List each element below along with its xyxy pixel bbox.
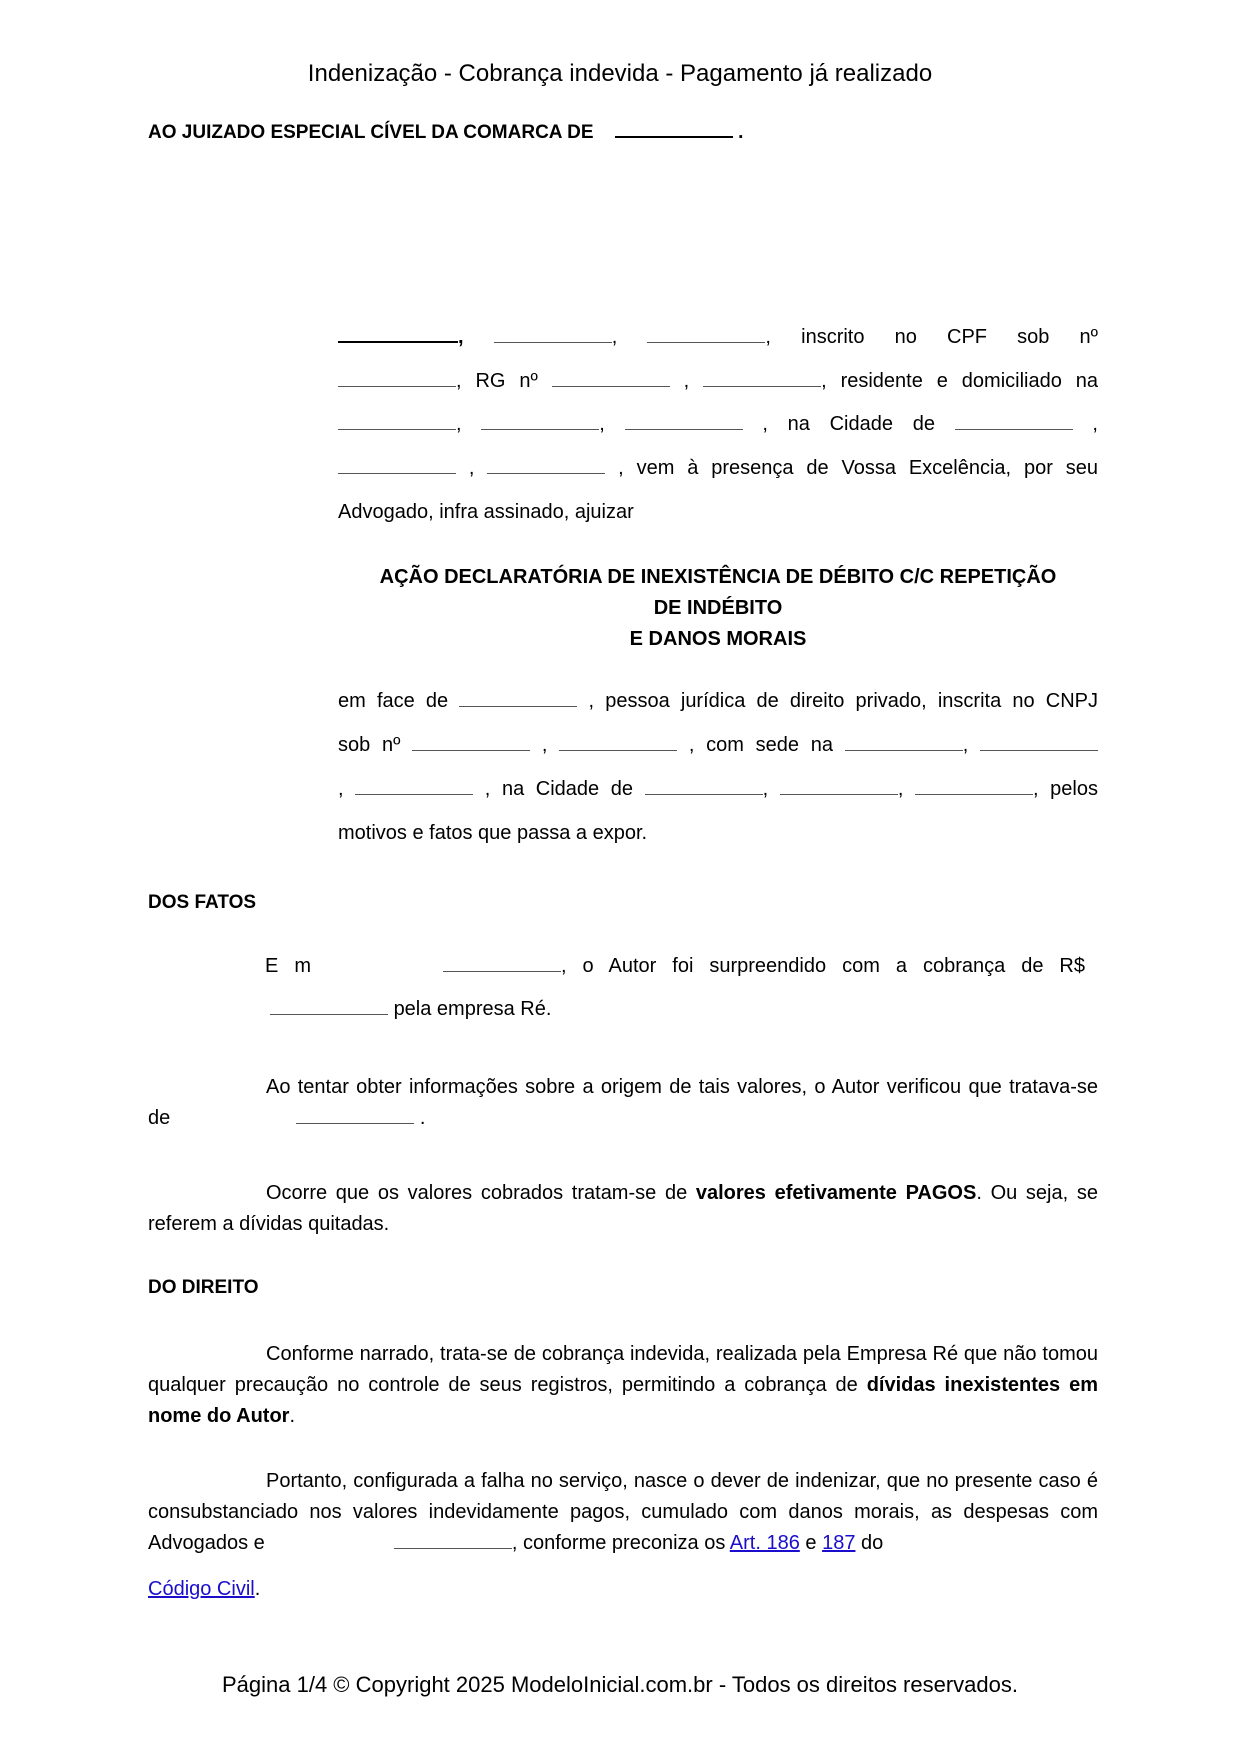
link-art-186[interactable]: Art. 186 [730,1532,800,1554]
blank-field-other-expenses[interactable] [394,1548,512,1549]
blank-field-nationality[interactable] [494,342,612,343]
facts-paragraph-1-line-2: pela empresa Ré. [270,998,551,1021]
blank-field-company-number[interactable] [980,750,1098,751]
qualification-line-1: , , , inscrito no CPF sob nº [338,326,1098,349]
defendant-line-4: motivos e fatos que passa a expor. [338,822,1098,845]
facts-paragraph-3: Ocorre que os valores cobrados tratam-se… [148,1178,1098,1240]
blank-field-cpf[interactable] [338,386,456,387]
blank-field-marital-status[interactable] [647,342,765,343]
document-header-title: Indenização - Cobrança indevida - Pagame… [0,60,1240,88]
blank-field-street[interactable] [338,429,456,430]
blank-field-state[interactable] [338,473,456,474]
blank-field-company-district[interactable] [355,794,473,795]
blank-field-comarca[interactable] [615,136,733,138]
blank-field-company-street[interactable] [845,750,963,751]
blank-field-amount[interactable] [270,1014,388,1015]
blank-field-city[interactable] [955,429,1073,430]
blank-field-profession[interactable] [703,386,821,387]
defendant-line-3: , , na Cidade de , , , pelos [338,778,1098,801]
defendant-line-2: sob nº , , com sede na , [338,734,1098,757]
action-title: AÇÃO DECLARATÓRIA DE INEXISTÊNCIA DE DÉB… [338,562,1098,655]
blank-field-company-cep[interactable] [915,794,1033,795]
blank-field-company-extra[interactable] [559,750,677,751]
court-line: AO JUIZADO ESPECIAL CÍVEL DA COMARCA DE [148,122,594,143]
blank-field-cnpj[interactable] [412,750,530,751]
qualification-line-2: , RG nº , , residente e domiciliado na [338,370,1098,393]
facts-paragraph-2: Ao tentar obter informações sobre a orig… [148,1072,1098,1134]
blank-field-district[interactable] [625,429,743,430]
court-addressing: AO JUIZADO ESPECIAL CÍVEL DA COMARCA DE … [148,122,743,144]
law-paragraph-1: Conforme narrado, trata-se de cobrança i… [148,1339,1098,1432]
law-paragraph-2: Portanto, configurada a falha no serviço… [148,1466,1098,1559]
defendant-line-1: em face de , pessoa jurídica de direito … [338,690,1098,713]
blank-field-origin[interactable] [296,1123,414,1124]
facts-paragraph-1-line-1: E m , o Autor foi surpreendido com a cob… [265,955,1085,978]
link-codigo-civil[interactable]: Código Civil [148,1578,255,1600]
blank-field-rg[interactable] [552,386,670,387]
law-paragraph-2-end: Código Civil. [148,1578,260,1601]
blank-field-cep[interactable] [487,473,605,474]
section-heading-law: DO DIREITO [148,1277,259,1299]
qualification-line-5: Advogado, infra assinado, ajuizar [338,501,1098,524]
qualification-line-3: , , , na Cidade de , [338,413,1098,436]
link-art-187[interactable]: 187 [822,1532,855,1554]
blank-field-date[interactable] [443,971,561,972]
qualification-line-4: , , vem à presença de Vossa Excelência, … [338,457,1098,480]
blank-field-company-name[interactable] [459,706,577,707]
blank-field-number[interactable] [481,429,599,430]
page-footer: Página 1/4 © Copyright 2025 ModeloInicia… [0,1672,1240,1698]
blank-field-company-state[interactable] [780,794,898,795]
section-heading-facts: DOS FATOS [148,892,256,914]
blank-field-name[interactable] [338,341,458,343]
blank-field-company-city[interactable] [645,794,763,795]
